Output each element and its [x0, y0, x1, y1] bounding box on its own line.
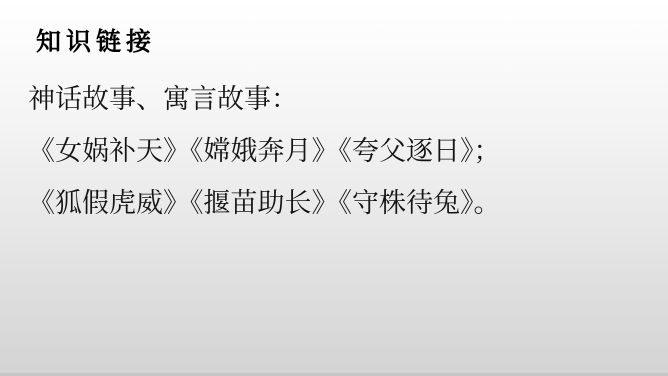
body-line-intro: 神话故事、寓言故事： [28, 73, 501, 125]
body-line-fable-stories: 《狐假虎威》《揠苗助长》《守株待兔》。 [28, 177, 501, 229]
slide-body: 神话故事、寓言故事： 《女娲补天》《嫦娥奔月》《夸父逐日》； 《狐假虎威》《揠苗… [28, 73, 501, 229]
slide-title: 知识链接 [36, 29, 156, 57]
body-line-myth-stories: 《女娲补天》《嫦娥奔月》《夸父逐日》； [28, 125, 501, 177]
presentation-slide: 知识链接 神话故事、寓言故事： 《女娲补天》《嫦娥奔月》《夸父逐日》； 《狐假虎… [0, 0, 668, 376]
